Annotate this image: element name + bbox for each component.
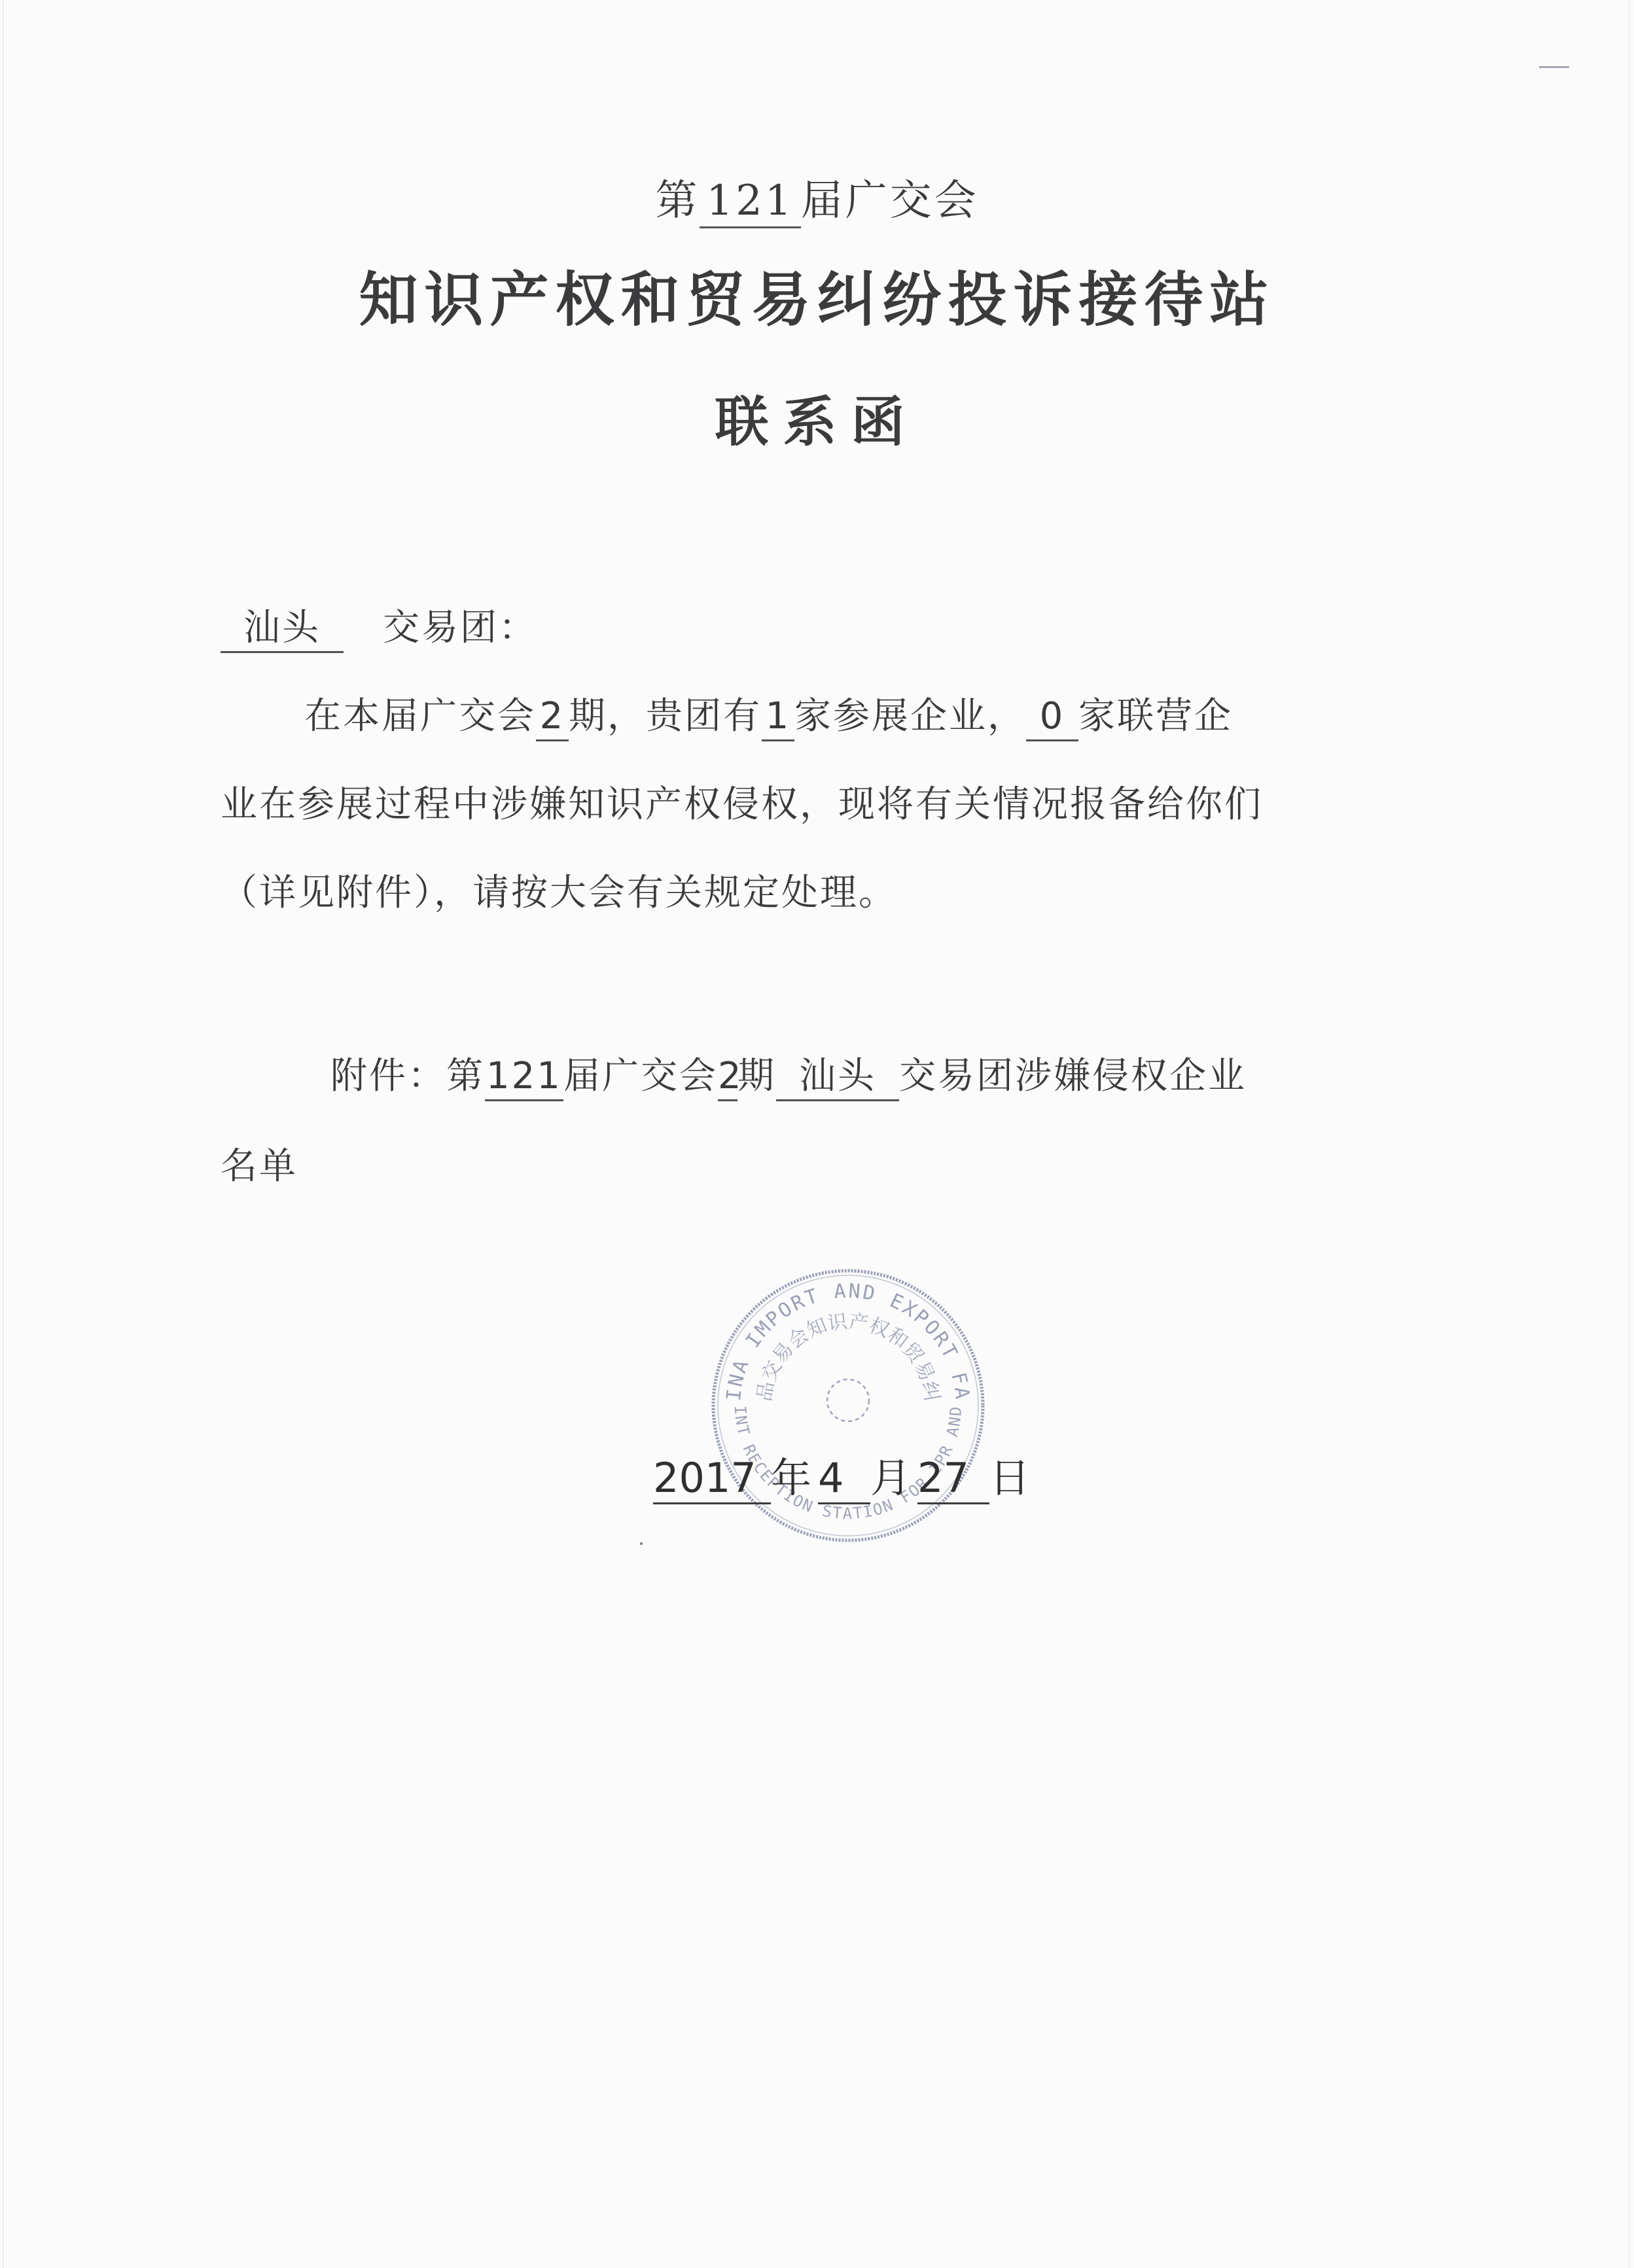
- station-title: 知识产权和贸易纠纷投诉接待站: [0, 260, 1634, 339]
- body-line-3: （详见附件），请按大会有关规定处理。: [221, 867, 897, 919]
- session-suffix: 届广交会: [801, 177, 979, 225]
- joint-venture-count: 0: [1026, 694, 1078, 741]
- body-text: 期，贵团有: [569, 695, 762, 737]
- body-text: 交易团涉嫌侵权企业: [899, 1055, 1247, 1097]
- salutation-suffix: 交易团：: [383, 607, 537, 649]
- date-year: 2017: [653, 1454, 771, 1504]
- date-year-unit: 年: [771, 1454, 811, 1502]
- phase-number: 2: [536, 694, 569, 741]
- body-text: 家参展企业，: [794, 695, 1026, 737]
- body-text: 家联营企: [1078, 695, 1233, 737]
- page-edge-left: [3, 0, 4, 2268]
- body-line-1: 在本届广交会2期，贵团有1家参展企业，0家联营企: [304, 690, 1233, 743]
- session-prefix: 第: [655, 177, 700, 225]
- date-day-unit: 日: [989, 1454, 1030, 1502]
- attachment-phase: 2: [718, 1054, 737, 1101]
- session-number: 121: [700, 175, 800, 228]
- page-edge-right: [1629, 0, 1630, 2268]
- salutation: 汕头交易团：: [221, 602, 537, 654]
- salutation-group-name: 汕头: [221, 605, 344, 653]
- attachment-prefix: 附件：第: [330, 1055, 485, 1097]
- body-text: 届广交会: [563, 1055, 718, 1097]
- body-line-2: 业在参展过程中涉嫌知识产权侵权，现将有关情况报备给你们: [221, 779, 1263, 831]
- attachment-line-2: 名单: [221, 1141, 298, 1193]
- attachment-session-number: 121: [485, 1054, 563, 1101]
- body-text: 在本届广交会: [304, 695, 536, 737]
- body-text: 期: [737, 1055, 776, 1097]
- date-day: 27: [917, 1454, 989, 1504]
- date-month: 4: [818, 1454, 870, 1504]
- exhibitor-count: 1: [762, 694, 794, 741]
- scan-mark: [1539, 66, 1569, 68]
- attachment-group-name: 汕头: [776, 1054, 899, 1101]
- date-month-unit: 月: [870, 1454, 911, 1502]
- attachment-line-1: 附件：第121届广交会2期汕头交易团涉嫌侵权企业: [330, 1050, 1247, 1103]
- document-type-title: 联系函: [0, 386, 1634, 458]
- document-date: 2017年4月27日: [653, 1454, 1030, 1504]
- scan-speck: [640, 1542, 643, 1545]
- session-heading: 第121届广交会: [0, 171, 1634, 230]
